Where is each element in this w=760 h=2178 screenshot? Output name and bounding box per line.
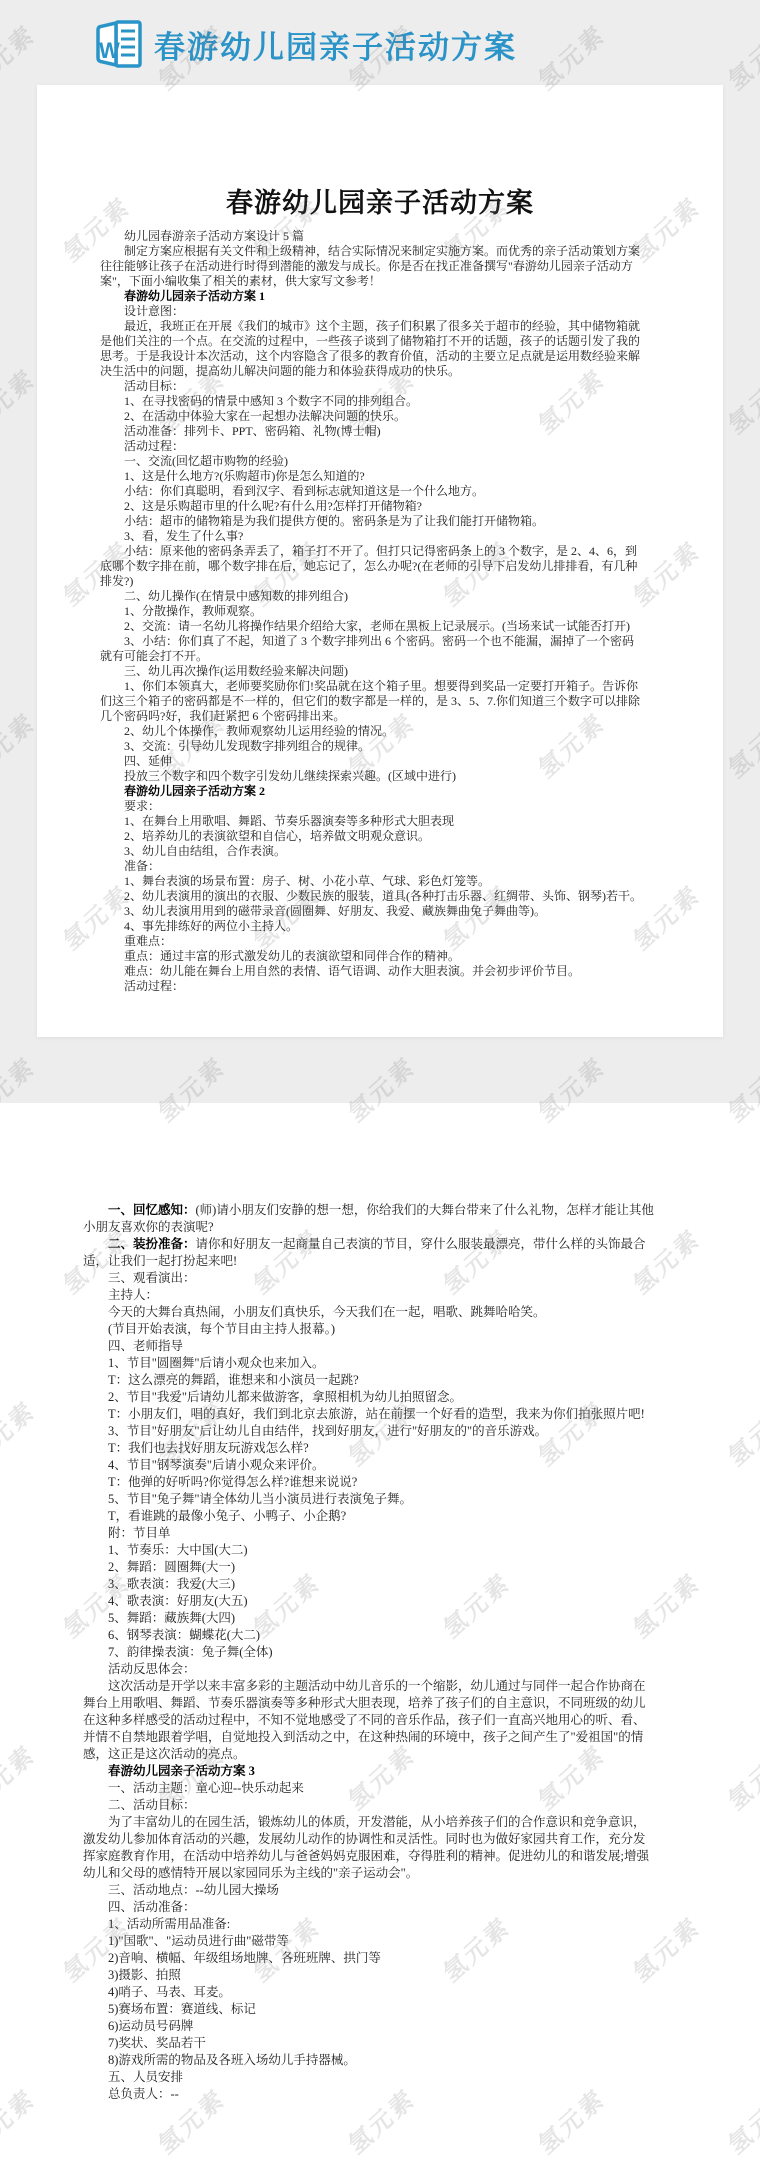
paragraph: 重点：通过丰富的形式激发幼儿的表演欲望和同伴合作的精神。 (100, 949, 645, 964)
paragraph: 1、节目"圆圈舞"后请小观众也来加入。 (83, 1355, 655, 1372)
paragraph: 3、小结：你们真了不起，知道了 3 个数字排列出 6 个密码。密码一个也不能漏，… (100, 634, 645, 664)
paragraph: 3、看，发生了什么事? (100, 529, 645, 544)
paragraph: 四、延伸 (100, 754, 645, 769)
site-header: W 春游幼儿园亲子活动方案 (0, 0, 760, 85)
paragraph: T：这么漂亮的舞蹈，谁想来和小演员一起跳? (83, 1372, 655, 1389)
paragraph: 春游幼儿园亲子活动方案 3 (83, 1763, 655, 1780)
paragraph: 2)音响、横幅、年级组场地牌、各班班牌、拱门等 (83, 1950, 655, 1967)
paragraph: 2、幼儿表演用的演出的衣服、少数民族的服装，道具(各种打击乐器、红绸带、头饰、钢… (100, 889, 645, 904)
paragraph: 3、歌表演：我爱(大三) (83, 1576, 655, 1593)
paragraph: (节目开始表演，每个节目由主持人报幕。) (83, 1321, 655, 1338)
paragraph: 五、人员安排 (83, 2069, 655, 2086)
paragraph: 4、歌表演：好朋友(大五) (83, 1593, 655, 1610)
watermark-text: 氢元素 (721, 358, 760, 442)
paragraph: 1、这是什么地方?(乐购超市)你是怎么知道的? (100, 469, 645, 484)
paragraph: 一、回忆感知：(师)请小朋友们安静的想一想，你给我们的大舞台带来了什么礼物，怎样… (83, 1202, 655, 1236)
paragraph: 设计意图： (100, 304, 645, 319)
paragraph: 主持人： (83, 1287, 655, 1304)
paragraph: 一、活动主题：童心迎--快乐动起来 (83, 1780, 655, 1797)
paragraph: 四、活动准备： (83, 1899, 655, 1916)
page2-paragraphs: 一、回忆感知：(师)请小朋友们安静的想一想，你给我们的大舞台带来了什么礼物，怎样… (83, 1202, 655, 2103)
paragraph: 3、交流：引导幼儿发现数字排列组合的规律。 (100, 739, 645, 754)
paragraph: 二、幼儿操作(在情景中感知数的排列组合) (100, 589, 645, 604)
paragraph: 小结：你们真聪明，看到汉字、看到标志就知道这是一个什么地方。 (100, 484, 645, 499)
paragraph: 小结：超市的储物箱是为我们提供方便的。密码条是为了让我们能打开储物箱。 (100, 514, 645, 529)
paragraph: 3、节目"好朋友"后让幼儿自由结伴，找到好朋友，进行"好朋友的"的音乐游戏。 (83, 1423, 655, 1440)
paragraph: 5)赛场布置：赛道线、标记 (83, 2001, 655, 2018)
paragraph: 2、交流：请一名幼儿将操作结果介绍给大家，老师在黑板上记录展示。(当场来试一试能… (100, 619, 645, 634)
doc-icon-letter: W (99, 38, 120, 63)
paragraph: 7)奖状、奖品若干 (83, 2035, 655, 2052)
watermark-text: 氢元素 (0, 358, 40, 442)
paragraph: 今天的大舞台真热闹，小朋友们真快乐，今天我们在一起，唱歌、跳舞哈哈笑。 (83, 1304, 655, 1321)
paragraph: 为了丰富幼儿的在园生活，锻炼幼儿的体质，开发潜能，从小培养孩子们的合作意识和竞争… (83, 1814, 655, 1882)
paragraph: 8)游戏所需的物品及各班入场幼儿手持器械。 (83, 2052, 655, 2069)
paragraph: 最近，我班正在开展《我们的城市》这个主题，孩子们积累了很多关于超市的经验，其中储… (100, 319, 645, 379)
paragraph: 4)哨子、马表、耳麦。 (83, 1984, 655, 2001)
paragraph: 1、舞台表演的场景布置：房子、树、小花小草、气球、彩色灯笼等。 (100, 874, 645, 889)
paragraph: 5、舞蹈：藏族舞(大四) (83, 1610, 655, 1627)
paragraph: 2、培养幼儿的表演欲望和自信心，培养做文明观众意识。 (100, 829, 645, 844)
paragraph: 小结：原来他的密码条弄丢了，箱子打不开了。但打只记得密码条上的 3 个数字，是 … (100, 544, 645, 589)
paragraph: 活动过程： (100, 439, 645, 454)
paragraph: 1、活动所需用品准备: (83, 1916, 655, 1933)
site-doc-title: 春游幼儿园亲子活动方案 (154, 22, 517, 67)
paragraph: 二、装扮准备：请你和好朋友一起商量自己表演的节目，穿什么服装最漂亮，带什么样的头… (83, 1236, 655, 1270)
paragraph: 2、这是乐购超市里的什么呢?有什么用?怎样打开储物箱? (100, 499, 645, 514)
page1-paragraphs: 幼儿园春游亲子活动方案设计 5 篇制定方案应根据有关文件和上级精神，结合实际情况… (100, 229, 645, 994)
page-root: W 春游幼儿园亲子活动方案 春游幼儿园亲子活动方案 幼儿园春游亲子活动方案设计 … (0, 0, 760, 2178)
paragraph: 活动准备：排列卡、PPT、密码箱、礼物(博士帽) (100, 424, 645, 439)
paragraph: 活动过程： (100, 979, 645, 994)
document-page-1: 春游幼儿园亲子活动方案 幼儿园春游亲子活动方案设计 5 篇制定方案应根据有关文件… (37, 85, 723, 1037)
paragraph: 1、节奏乐：大中国(大二) (83, 1542, 655, 1559)
paragraph: 三、活动地点：--幼儿园大操场 (83, 1882, 655, 1899)
paragraph: 1、你们本领真大，老师要奖励你们!奖品就在这个箱子里。想要得到奖品一定要打开箱子… (100, 679, 645, 724)
paragraph: 活动反思体会： (83, 1661, 655, 1678)
paragraph: 准备： (100, 859, 645, 874)
paragraph: 6、钢琴表演：蝴蝶花(大二) (83, 1627, 655, 1644)
paragraph: 2、在活动中体验大家在一起想办法解决问题的快乐。 (100, 409, 645, 424)
paragraph: 活动目标： (100, 379, 645, 394)
document-title: 春游幼儿园亲子活动方案 (37, 185, 723, 221)
paragraph: 二、活动目标： (83, 1797, 655, 1814)
paragraph: T，看谁跳的最像小兔子、小鸭子、小企鹅? (83, 1508, 655, 1525)
paragraph: 附：节目单 (83, 1525, 655, 1542)
paragraph: 三、观看演出： (83, 1270, 655, 1287)
paragraph: T：我们也去找好朋友玩游戏怎么样? (83, 1440, 655, 1457)
paragraph: 春游幼儿园亲子活动方案 2 (100, 784, 645, 799)
paragraph: 3、幼儿自由结组，合作表演。 (100, 844, 645, 859)
paragraph: 5、节目"兔子舞"请全体幼儿当小演员进行表演兔子舞。 (83, 1491, 655, 1508)
paragraph: 三、幼儿再次操作(运用数经验来解决问题) (100, 664, 645, 679)
paragraph: 一、交流(回忆超市购物的经验) (100, 454, 645, 469)
paragraph: 3)摄影、拍照 (83, 1967, 655, 1984)
paragraph: 春游幼儿园亲子活动方案 1 (100, 289, 645, 304)
paragraph: 总负责人：-- (83, 2086, 655, 2103)
paragraph: 2、幼儿个体操作，教师观察幼儿运用经验的情况。 (100, 724, 645, 739)
paragraph: T：小朋友们，唱的真好，我们到北京去旅游，站在前摆一个好看的造型，我来为你们拍张… (83, 1406, 655, 1423)
paragraph: 要求： (100, 799, 645, 814)
paragraph: 四、老师指导 (83, 1338, 655, 1355)
paragraph: 1)"国歌"、"运动员进行曲"磁带等 (83, 1933, 655, 1950)
paragraph: 4、节目"钢琴演奏"后请小观众来评价。 (83, 1457, 655, 1474)
paragraph: 6)运动员号码牌 (83, 2018, 655, 2035)
paragraph: 投放三个数字和四个数字引发幼儿继续探索兴趣。(区域中进行) (100, 769, 645, 784)
paragraph: 这次活动是开学以来丰富多彩的主题活动中幼儿音乐的一个缩影，幼儿通过与同伴一起合作… (83, 1678, 655, 1763)
watermark-text: 氢元素 (721, 702, 760, 786)
paragraph: 1、分散操作，教师观察。 (100, 604, 645, 619)
paragraph: 3、幼儿表演用用到的磁带录音(圆圈舞、好朋友、我爱、藏族舞曲兔子舞曲等)。 (100, 904, 645, 919)
word-document-icon: W (92, 19, 144, 69)
paragraph: 2、舞蹈：圆圈舞(大一) (83, 1559, 655, 1576)
paragraph: 1、在寻找密码的情景中感知 3 个数字不同的排列组合。 (100, 394, 645, 409)
paragraph: 制定方案应根据有关文件和上级精神，结合实际情况来制定实施方案。而优秀的亲子活动策… (100, 244, 645, 289)
paragraph: 1、在舞台上用歌唱、舞蹈、节奏乐器演奏等多种形式大胆表现 (100, 814, 645, 829)
document-page-2: 一、回忆感知：(师)请小朋友们安静的想一想，你给我们的大舞台带来了什么礼物，怎样… (0, 1103, 760, 2178)
paragraph: T：他弹的好听吗?你觉得怎么样?谁想来说说? (83, 1474, 655, 1491)
paragraph: 2、节目"我爱"后请幼儿都来做游客，拿照相机为幼儿拍照留念。 (83, 1389, 655, 1406)
paragraph: 7、韵律操表演：兔子舞(全体) (83, 1644, 655, 1661)
watermark-text: 氢元素 (0, 702, 40, 786)
paragraph: 幼儿园春游亲子活动方案设计 5 篇 (100, 229, 645, 244)
paragraph: 重难点： (100, 934, 645, 949)
paragraph: 4、事先排练好的两位小主持人。 (100, 919, 645, 934)
paragraph: 难点：幼儿能在舞台上用自然的表情、语气语调、动作大胆表演。并会初步评价节目。 (100, 964, 645, 979)
